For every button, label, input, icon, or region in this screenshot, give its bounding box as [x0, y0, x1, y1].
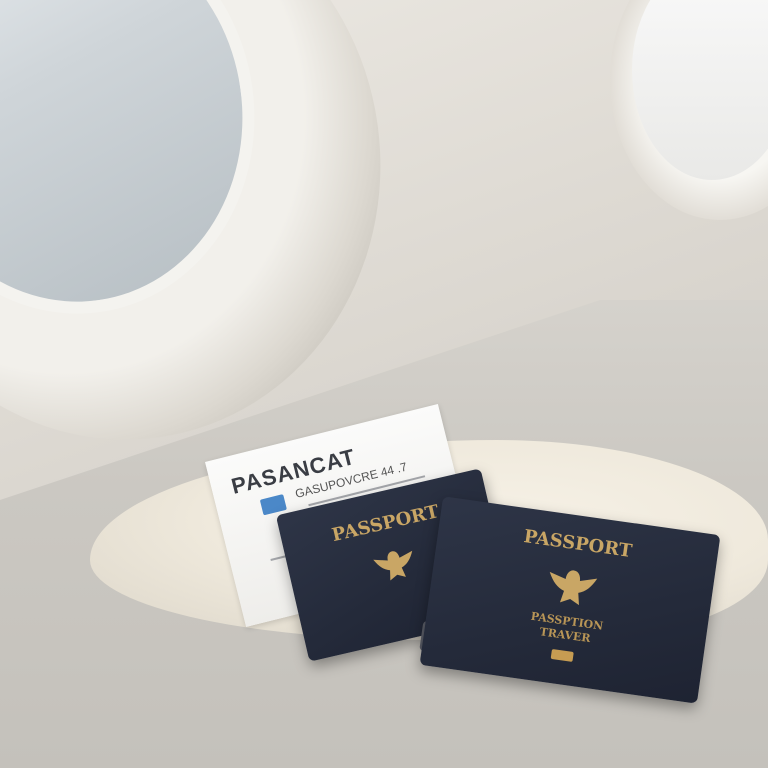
- eagle-seal-icon: [533, 558, 611, 616]
- biometric-chip-icon: [551, 649, 574, 662]
- airline-logo-icon: [260, 494, 287, 515]
- photo-scene: PASANCAT GASUPOVCRE 44 .7 PASSPORT PASSP…: [0, 0, 768, 768]
- ticket-title: PASANCAT: [229, 444, 358, 500]
- eagle-seal-icon: [361, 539, 428, 591]
